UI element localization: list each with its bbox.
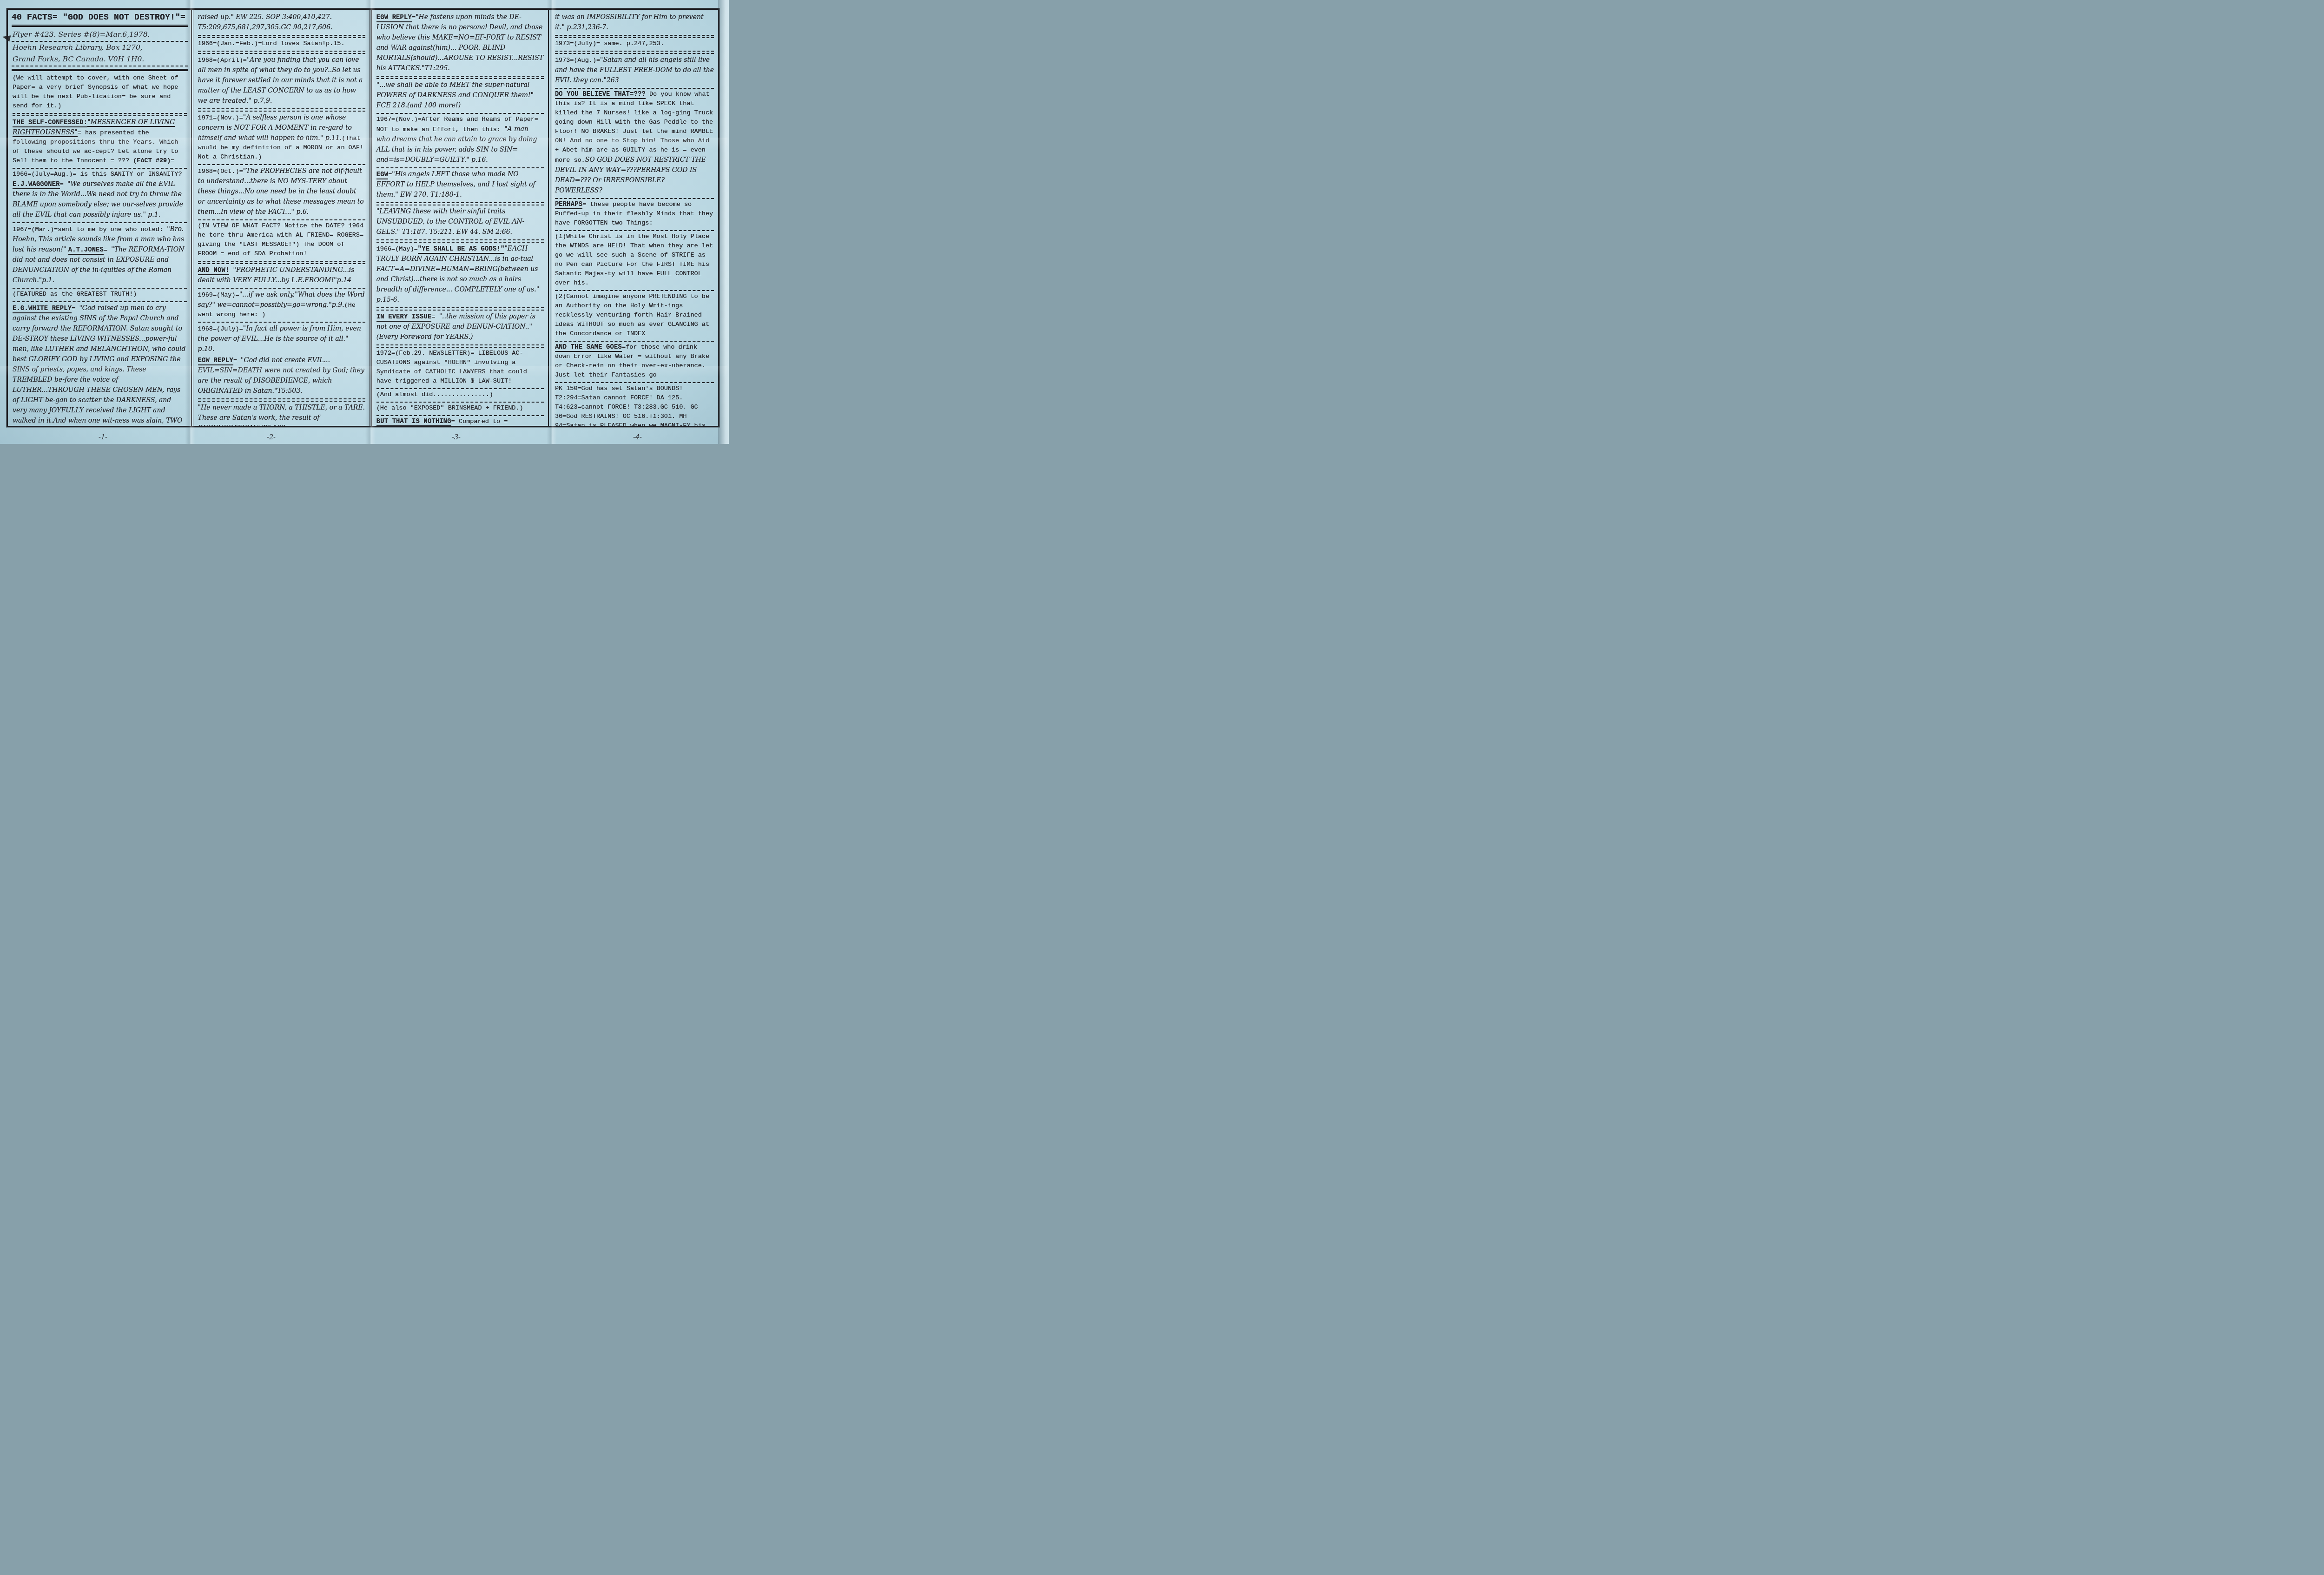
text-run: it was an IMPOSSIBILITY for Him to preve… (555, 13, 704, 31)
text-block: (We will attempt to cover, with one Shee… (13, 74, 187, 111)
text-run: AND NOW! (198, 267, 230, 275)
text-block: (He also "EXPOSED" BRINSMEAD + FRIEND.) (376, 404, 544, 413)
text-run (229, 267, 233, 274)
column: 40 FACTS= "GOD DOES NOT DESTROY!"=Flyer … (8, 10, 192, 426)
text-run: A.T.JONES (68, 247, 104, 255)
dashed-separator (555, 382, 714, 383)
text-block: 1966=(Jan.=Feb.)=Lord loves Satan!p.15. (198, 40, 365, 49)
dashed-separator (555, 290, 714, 291)
double-dashed-separator (376, 76, 544, 79)
dashed-separator (13, 168, 187, 169)
text-block: BUT THAT IS NOTHING= Compared to = (376, 417, 544, 426)
text-run: "LEAVING these with their sinful traits … (376, 208, 525, 236)
masthead-line: Grand Forks, BC Canada. V0H 1H0. (12, 53, 188, 66)
text-run: 1972=(Feb.29. NEWSLETTER)= LIBELOUS AC-C… (376, 350, 527, 385)
text-run: 1966=(May)= (376, 246, 418, 253)
page-number: -4- (633, 434, 642, 441)
page-number: -1- (99, 434, 107, 441)
text-run: 1968=(April)= (198, 57, 247, 64)
text-block: 1966=(July=Aug.)= is this SANITY or INSA… (13, 170, 187, 220)
dashed-separator (376, 113, 544, 114)
flyer-sheet: 40 FACTS= "GOD DOES NOT DESTROY!"=Flyer … (7, 8, 720, 427)
double-dashed-separator (198, 108, 365, 112)
text-run: THE SELF-CONFESSED: (13, 119, 87, 127)
text-run: EGW REPLY (198, 357, 233, 365)
text-run: (He also "EXPOSED" BRINSMEAD + FRIEND.) (376, 405, 523, 412)
text-block: AND THE SAME GOES=for those who drink do… (555, 343, 714, 380)
text-run: 1968=(July)= (198, 326, 243, 333)
dashed-separator (13, 301, 187, 302)
text-run: BUT THAT IS NOTHING (376, 418, 451, 426)
text-block: DO YOU BELIEVE THAT=??? Do you know what… (555, 90, 714, 196)
column-title: 40 FACTS= "GOD DOES NOT DESTROY!"= (12, 12, 188, 27)
text-block: E.G.WHITE REPLY= "God raised up men to c… (13, 304, 187, 426)
text-run: (IN VIEW OF WHAT FACT? Notice the DATE? … (198, 223, 363, 258)
column: it was an IMPOSSIBILITY for Him to preve… (550, 10, 718, 426)
text-run: E.J.WAGGONER (13, 181, 60, 189)
text-block: THE SELF-CONFESSED:"MESSENGER OF LIVING … (13, 118, 187, 166)
text-run: = (233, 357, 241, 364)
double-dashed-separator (198, 35, 365, 38)
text-block: "He never made a THORN, a THISTLE, or a … (198, 403, 365, 426)
text-block: 1971=(Nov.)="A selfless person is one wh… (198, 113, 365, 162)
text-run: IN EVERY ISSUE (376, 314, 432, 322)
dashed-separator (555, 198, 714, 199)
text-run: "He never made a THORN, a THISTLE, or a … (198, 404, 365, 426)
page-number: -3- (452, 434, 461, 441)
text-block: IN EVERY ISSUE= "..the mission of this p… (376, 312, 544, 343)
text-run: PK 150=God has set Satan's BOUNDS! T2:29… (555, 385, 706, 426)
text-block: AND NOW! "PROPHETIC UNDERSTANDING...is d… (198, 265, 365, 286)
text-run: (FEATURED as the GREATEST TRUTH!) (13, 291, 137, 298)
text-block: "...we shall be able to MEET the super-n… (376, 80, 544, 111)
text-block: "LEAVING these with their sinful traits … (376, 207, 544, 238)
dashed-separator (376, 388, 544, 389)
text-run: Do you know what this is? It is a mind l… (555, 91, 713, 164)
text-run: E.G.WHITE REPLY (13, 305, 72, 313)
text-run: = (431, 314, 439, 321)
text-run: 1971=(Nov.)= (198, 115, 243, 122)
double-dashed-separator (376, 239, 544, 243)
text-run: = (171, 158, 174, 165)
text-run: "...we shall be able to MEET the super-n… (376, 81, 534, 109)
text-block: 1972=(Feb.29. NEWSLETTER)= LIBELOUS AC-C… (376, 349, 544, 386)
text-block: EGW REPLY="He fastens upon minds the DE-… (376, 13, 544, 74)
text-block: (FEATURED as the GREATEST TRUTH!) (13, 290, 187, 299)
scanned-flyer: 40 FACTS= "GOD DOES NOT DESTROY!"=Flyer … (0, 0, 729, 444)
text-block: (1)While Christ is in the Most Holy Plac… (555, 232, 714, 288)
text-run: = (72, 305, 79, 312)
double-dashed-separator (555, 51, 714, 54)
double-dashed-separator (555, 35, 714, 38)
text-run: = (60, 181, 67, 188)
text-run: = (104, 247, 111, 254)
text-run: 1969=(May)= (198, 292, 239, 299)
text-block: (2)Cannot imagine anyone PRETENDING to b… (555, 292, 714, 339)
double-dashed-separator (13, 113, 187, 116)
text-run: "God raised up men to cry against the ex… (13, 304, 186, 426)
text-block: 1969=(May)="...if we ask only,"What does… (198, 290, 365, 320)
double-dashed-separator (376, 344, 544, 348)
text-run: 1973=(July)= same. p.247,253. (555, 40, 664, 47)
double-dashed-separator (376, 307, 544, 311)
text-block: (IN VIEW OF WHAT FACT? Notice the DATE? … (198, 222, 365, 259)
dashed-separator (555, 88, 714, 89)
column: EGW REPLY="He fastens upon minds the DE-… (371, 10, 549, 426)
text-run: 1973=(Aug.)= (555, 57, 600, 64)
text-run: (1)While Christ is in the Most Holy Plac… (555, 233, 713, 287)
double-dashed-separator (198, 398, 365, 402)
text-block: 1973=(July)= same. p.247,253. (555, 40, 714, 49)
dashed-separator (198, 219, 365, 220)
text-run: (2)Cannot imagine anyone PRETENDING to b… (555, 293, 709, 337)
text-run: (And almost did...............) (376, 391, 493, 398)
text-block: EGW REPLY= "God did not create EVIL... E… (198, 356, 365, 397)
text-run: = Compared to = (451, 418, 508, 425)
text-run: 1968=(Oct.)= (198, 168, 243, 175)
dashed-separator (555, 341, 714, 342)
dashed-separator (376, 415, 544, 416)
masthead-line: Hoehn Research Library, Box 1270, (12, 42, 188, 53)
text-run: (FACT #29) (133, 158, 171, 165)
dashed-separator (198, 288, 365, 289)
text-block: EGW="His angels LEFT those who made NO E… (376, 170, 544, 200)
text-block: (And almost did...............) (376, 390, 544, 400)
text-run: = (412, 14, 416, 21)
text-block: 1968=(July)="In fact all power is from H… (198, 324, 365, 355)
text-block: raised up." EW 225. SOP 3:400,410,427. T… (198, 13, 365, 33)
text-block: 1973=(Aug.)="Satan and all his angels st… (555, 55, 714, 86)
text-block: PK 150=God has set Satan's BOUNDS! T2:29… (555, 384, 714, 426)
text-block: 1968=(Oct.)="The PROPHECIES are not dif-… (198, 166, 365, 218)
double-dashed-separator (376, 202, 544, 205)
dashed-separator (376, 402, 544, 403)
text-run: AND THE SAME GOES (555, 344, 622, 352)
text-run: PERHAPS (555, 201, 582, 209)
column: raised up." EW 225. SOP 3:400,410,427. T… (193, 10, 370, 426)
text-run: raised up." EW 225. SOP 3:400,410,427. T… (198, 13, 333, 31)
text-run: EGW (376, 172, 388, 179)
text-run: 1967=(Mar.)=sent to me by one who noted: (13, 226, 167, 233)
masthead-line: Flyer #423. Series #(8)=Mar.6,1978. (12, 29, 188, 41)
text-block: 1968=(April)="Are you finding that you c… (198, 55, 365, 106)
text-block: it was an IMPOSSIBILITY for Him to preve… (555, 13, 714, 33)
text-block: 1966=(May)="YE SHALL BE AS GODS!""EACH T… (376, 244, 544, 305)
dashed-separator (198, 164, 365, 165)
text-block: PERHAPS= these people have become so Puf… (555, 200, 714, 228)
dashed-separator (13, 288, 187, 289)
text-run: (We will attempt to cover, with one Shee… (13, 75, 178, 110)
double-dashed-separator (198, 51, 365, 54)
text-block: 1967=(Mar.)=sent to me by one who noted:… (13, 225, 187, 286)
text-run: DO YOU BELIEVE THAT=??? (555, 91, 646, 99)
page-number: -2- (267, 434, 276, 441)
dashed-separator (13, 222, 187, 223)
dashed-separator (376, 167, 544, 168)
dashed-separator (198, 322, 365, 323)
text-run: "YE SHALL BE AS GODS!" (418, 246, 505, 254)
dashed-separator (555, 230, 714, 231)
text-run: 1966=(July=Aug.)= is this SANITY or INSA… (13, 171, 182, 178)
text-run: EGW REPLY (376, 14, 412, 22)
text-run: "His angels LEFT those who made NO EFFOR… (376, 171, 535, 199)
text-run: 1966=(Jan.=Feb.)=Lord loves Satan!p.15. (198, 40, 345, 47)
double-dashed-separator (198, 261, 365, 264)
masthead-address: Flyer #423. Series #(8)=Mar.6,1978.Hoehn… (12, 28, 188, 71)
text-block: 1967=(Nov.)=After Reams and Reams of Pap… (376, 115, 544, 165)
